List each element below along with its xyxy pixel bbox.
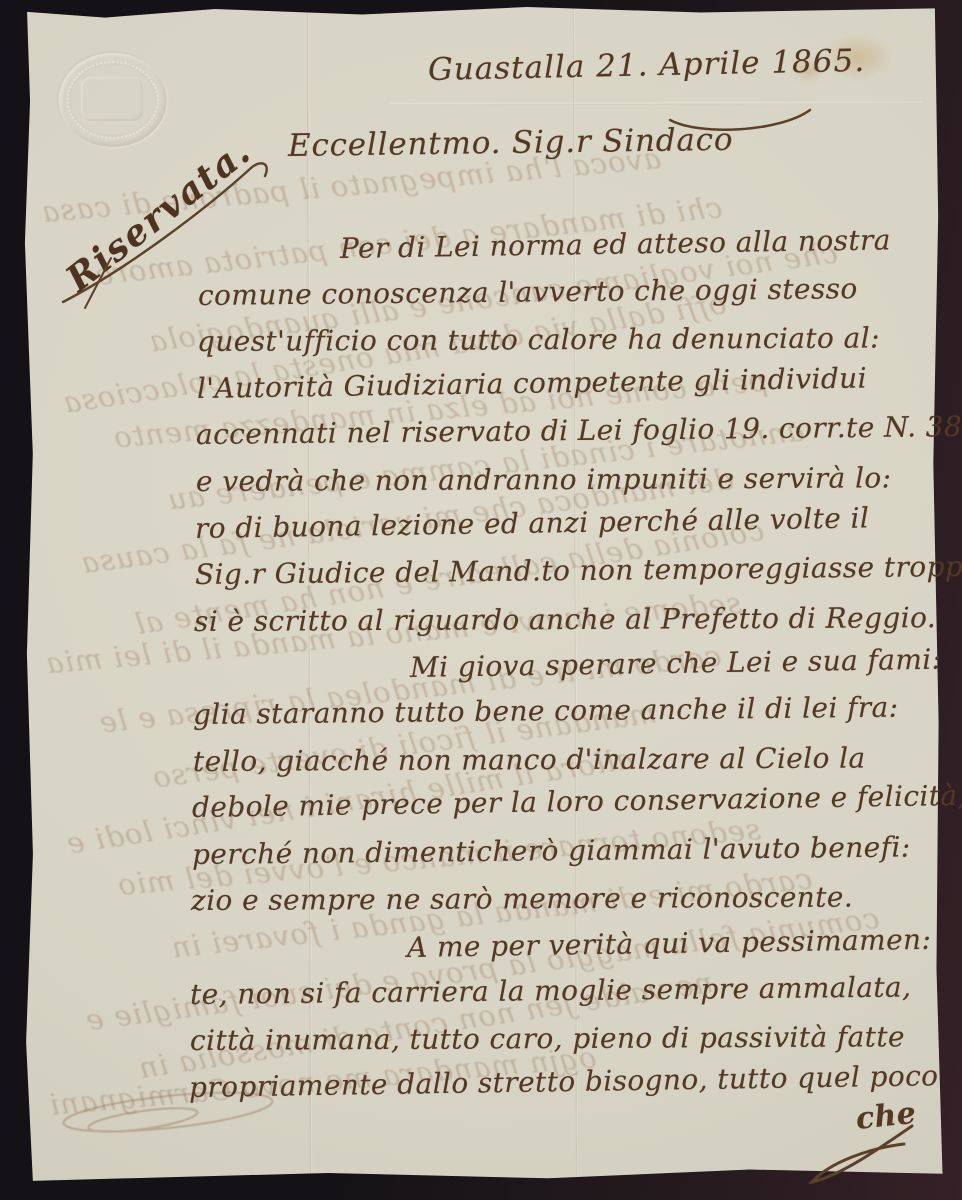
letter-line: e vedrà che non andranno impuniti e serv… [195, 461, 891, 498]
letter-line: città inumana, tutto caro, pieno di pass… [189, 1020, 904, 1057]
letter-line: te, non si fa carriera la moglie sempre … [190, 970, 912, 1011]
letter-line: si è scritto al riguardo anche al Prefet… [194, 601, 936, 638]
horizontal-fold-crease [390, 101, 922, 105]
letter-line: comune conoscenza l'avverto che oggi ste… [197, 272, 857, 312]
photo-stage: avoca l'ha impegnato il padrone di casac… [0, 0, 962, 1200]
letter-line: zio e sempre ne sarò memore e riconoscen… [191, 881, 853, 917]
catchword-flourish [800, 1118, 920, 1188]
letter-line: quest'ufficio con tutto calore ha denunc… [197, 322, 880, 359]
embossed-seal-icon [59, 53, 167, 147]
letter-salutation: Eccellentmo. Sig.r Sindaco [288, 122, 734, 164]
letter-line: tello, giacché non manco d'inalzare al C… [192, 741, 865, 778]
